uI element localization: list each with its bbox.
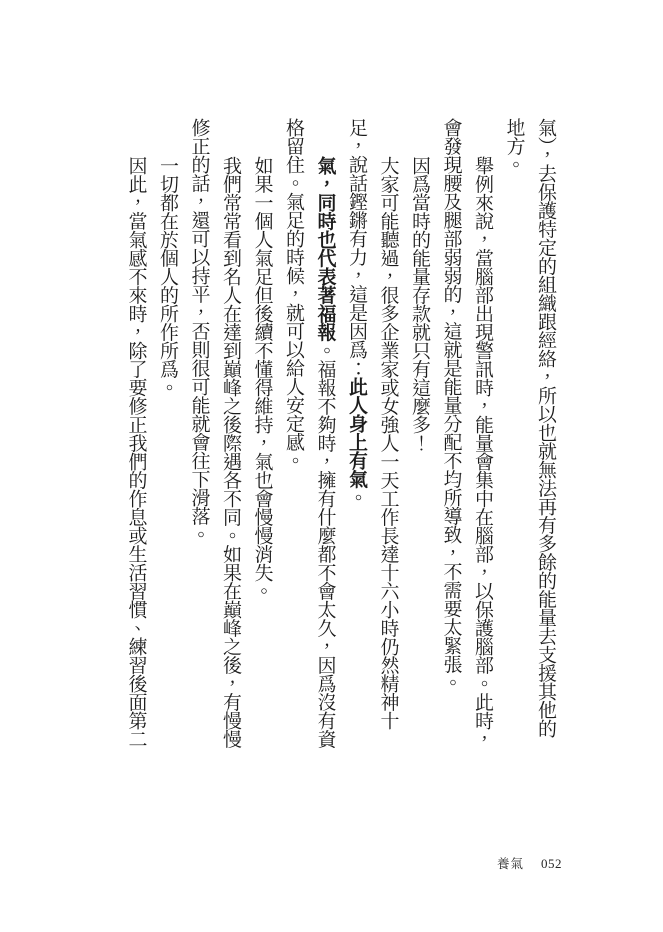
page-number: 052 [541,856,562,872]
text-run: 。 [346,488,367,507]
text-run: 一切都在於個人的所作所爲。 [157,156,178,397]
paragraph: 氣），去保護特定的組織跟經絡，所以也就無法再有多餘的能量去支援其他的地方。 [498,118,561,750]
paragraph: 如果一個人氣足但後續不懂得維持，氣也會慢慢消失。 [246,118,278,750]
page-body-text: 氣），去保護特定的組織跟經絡，所以也就無法再有多餘的能量去支援其他的地方。舉例來… [120,118,561,750]
running-head-book-title: 養氣 [497,854,524,872]
emphasis-run: 此人身上有氣 [346,377,367,488]
paragraph: 氣，同時也代表著福報。福報不夠時，擁有什麼都不會太久，因爲沒有資格留住。氣足的時… [278,118,341,750]
emphasis-run: 氣，同時也代表著福報 [315,156,336,341]
paragraph: 我們常常看到名人在達到巔峰之後際遇各不同。如果在巔峰之後，有慢慢修正的話，還可以… [183,118,246,750]
text-run: 舉例來說，當腦部出現警訊時，能量會集中在腦部，以保護腦部。此時，會發現腰及腿部弱… [441,118,494,748]
text-run: 因此，當氣感不來時，除了要修正我們的作息或生活習慣、練習後面第二 [126,156,147,748]
paragraph: 舉例來說，當腦部出現警訊時，能量會集中在腦部，以保護腦部。此時，會發現腰及腿部弱… [435,118,498,750]
paragraph: 大家可能聽過，很多企業家或女強人一天工作長達十六小時仍然精神十足，說話鏗鏘有力，… [341,118,404,750]
page-footer: 養氣 052 [497,854,562,872]
paragraph: 因爲當時的能量存款就只有這麼多！ [404,118,436,750]
text-run: 因爲當時的能量存款就只有這麼多！ [409,156,430,452]
paragraph: 因此，當氣感不來時，除了要修正我們的作息或生活習慣、練習後面第二 [120,118,152,750]
paragraph: 一切都在於個人的所作所爲。 [152,118,184,750]
text-run: 如果一個人氣足但後續不懂得維持，氣也會慢慢消失。 [252,156,273,600]
text-run: 氣），去保護特定的組織跟經絡，所以也就無法再有多餘的能量去支援其他的地方。 [504,118,557,738]
text-run: 我們常常看到名人在達到巔峰之後際遇各不同。如果在巔峰之後，有慢慢修正的話，還可以… [189,118,242,748]
book-page: 氣），去保護特定的組織跟經絡，所以也就無法再有多餘的能量去支援其他的地方。舉例來… [0,0,663,932]
